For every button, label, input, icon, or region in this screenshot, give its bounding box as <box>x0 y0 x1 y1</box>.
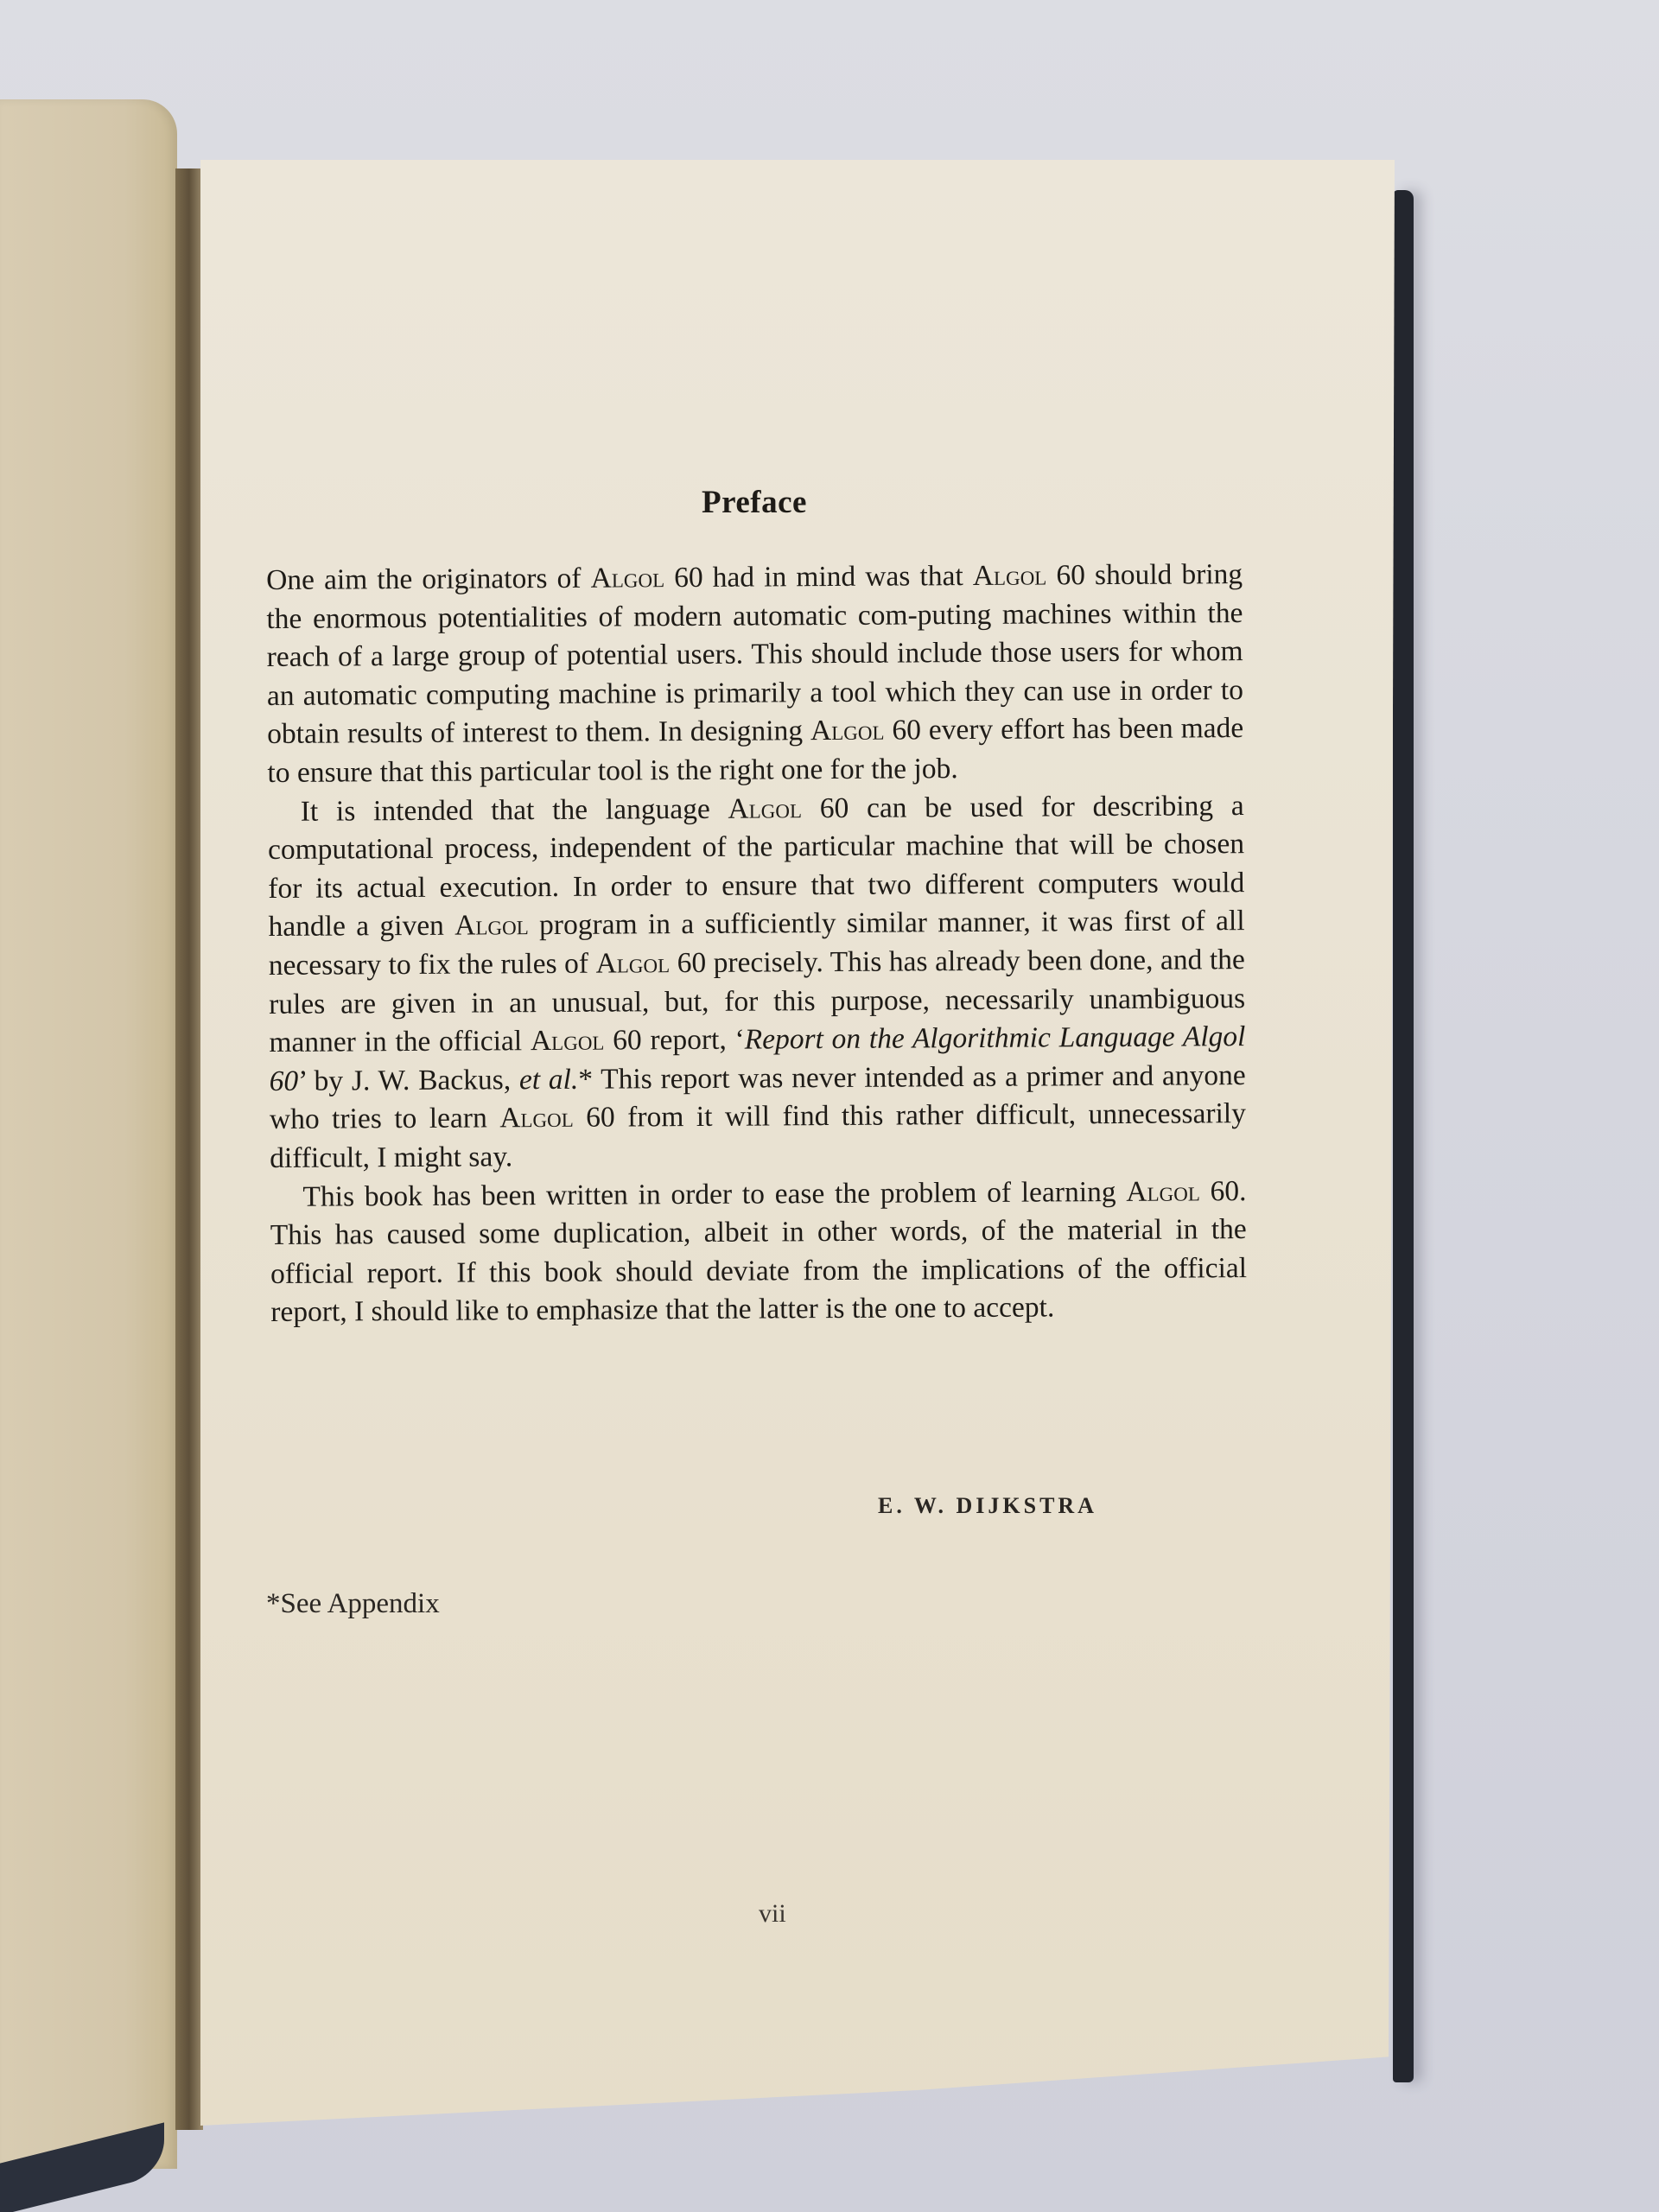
footnote: *See Appendix <box>266 1588 440 1620</box>
paragraph: It is intended that the language Algol 6… <box>268 787 1247 1179</box>
page-title: Preface <box>266 484 1243 521</box>
text-run: 60 report, ‘ <box>604 1024 744 1057</box>
small-caps-text: Algol <box>595 947 670 980</box>
small-caps-text: Algol <box>499 1102 574 1135</box>
left-page <box>0 99 177 2169</box>
page-number: vii <box>759 1899 786 1929</box>
small-caps-text: Algol <box>590 562 664 594</box>
book-gutter <box>175 168 203 2130</box>
text-run: It is intended that the language <box>301 792 728 827</box>
small-caps-text: Algol <box>973 559 1047 592</box>
paragraph: One aim the originators of Algol 60 had … <box>266 556 1244 792</box>
right-cover-edge <box>1393 190 1414 2082</box>
small-caps-text: Algol <box>1126 1175 1200 1208</box>
preface-body: One aim the originators of Algol 60 had … <box>266 556 1247 1332</box>
small-caps-text: Algol <box>454 909 529 942</box>
text-run: ’ by J. W. Backus, <box>298 1064 519 1097</box>
italic-text: et al. <box>519 1064 579 1096</box>
paragraph: This book has been written in order to e… <box>270 1173 1247 1332</box>
text-run: 60 had in mind was that <box>664 560 973 594</box>
author-signature: E. W. DIJKSTRA <box>878 1493 1097 1519</box>
text-run: This book has been written in order to e… <box>302 1175 1126 1212</box>
text-run: One aim the originators of <box>266 563 591 596</box>
small-caps-text: Algol <box>531 1025 605 1058</box>
small-caps-text: Algol <box>728 792 802 825</box>
small-caps-text: Algol <box>810 715 885 747</box>
